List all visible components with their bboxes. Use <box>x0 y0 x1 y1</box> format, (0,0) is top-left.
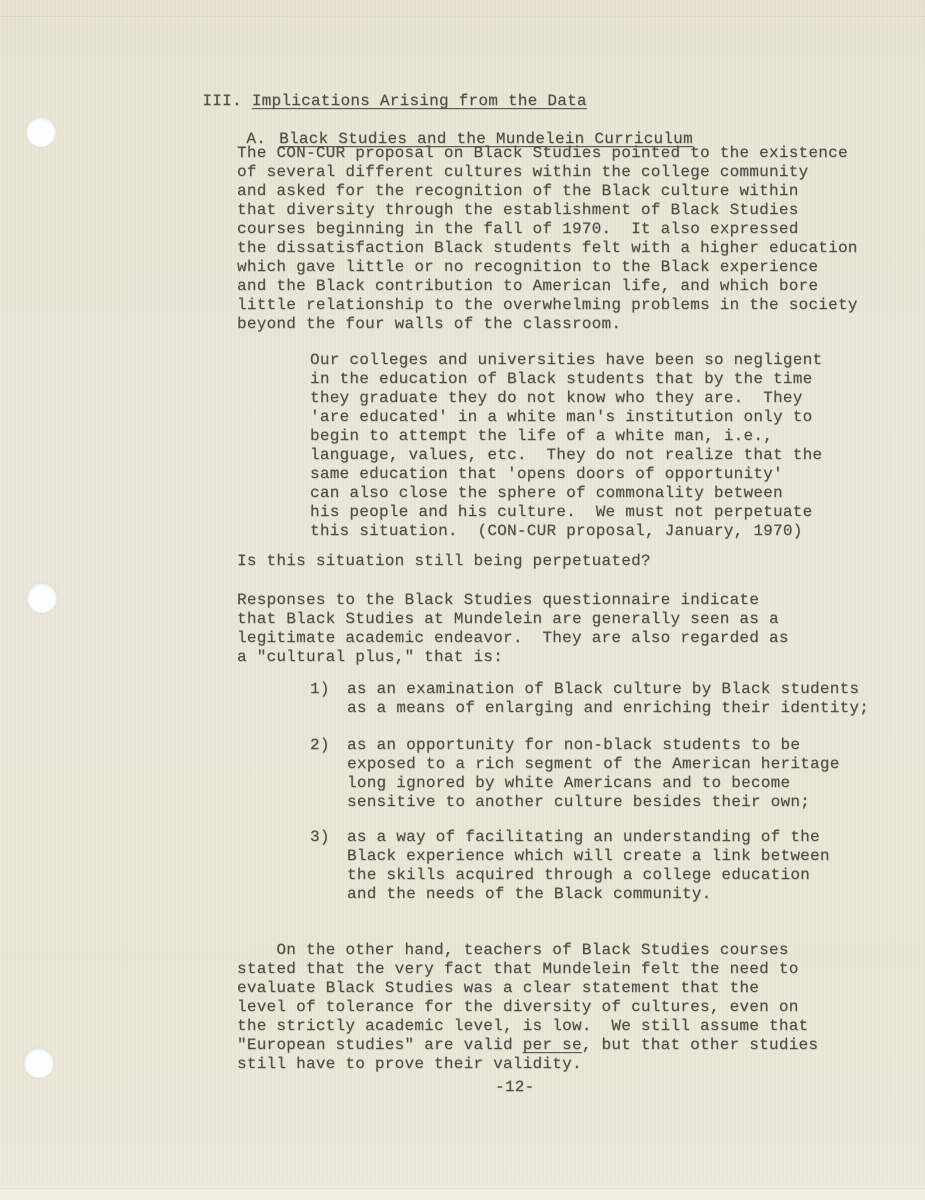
page-number: -12- <box>495 1078 534 1097</box>
numbered-list-item: 3) as a way of facilitating an understan… <box>310 828 907 904</box>
paragraph-intro: The CON-CUR proposal on Black Studies po… <box>237 144 902 334</box>
punch-hole-middle <box>27 583 57 613</box>
list-marker: 2) <box>310 736 347 812</box>
punch-hole-top <box>26 117 56 147</box>
scanned-document-page: III.Implications Arising from the Data A… <box>0 0 925 1200</box>
section-numeral: III. <box>202 92 241 110</box>
punch-hole-bottom <box>24 1048 54 1078</box>
latin-phrase: per se <box>523 1036 582 1054</box>
paragraph-responses: Responses to the Black Studies questionn… <box>237 591 902 667</box>
list-marker: 3) <box>310 828 347 904</box>
paragraph-closing: On the other hand, teachers of Black Stu… <box>237 922 907 1093</box>
paper-crease <box>0 16 925 17</box>
list-text: as an examination of Black culture by Bl… <box>347 680 907 718</box>
numbered-list-item: 2) as an opportunity for non-black stude… <box>310 736 907 812</box>
list-marker: 1) <box>310 680 347 718</box>
block-quote: Our colleges and universities have been … <box>310 351 875 541</box>
paper-bottom-edge <box>0 1188 925 1200</box>
numbered-list-item: 1) as an examination of Black culture by… <box>310 680 907 718</box>
question-line: Is this situation still being perpetuate… <box>237 552 902 571</box>
list-text: as a way of facilitating an understandin… <box>347 828 907 904</box>
list-text: as an opportunity for non-black students… <box>347 736 907 812</box>
section-title: Implications Arising from the Data <box>252 92 587 110</box>
